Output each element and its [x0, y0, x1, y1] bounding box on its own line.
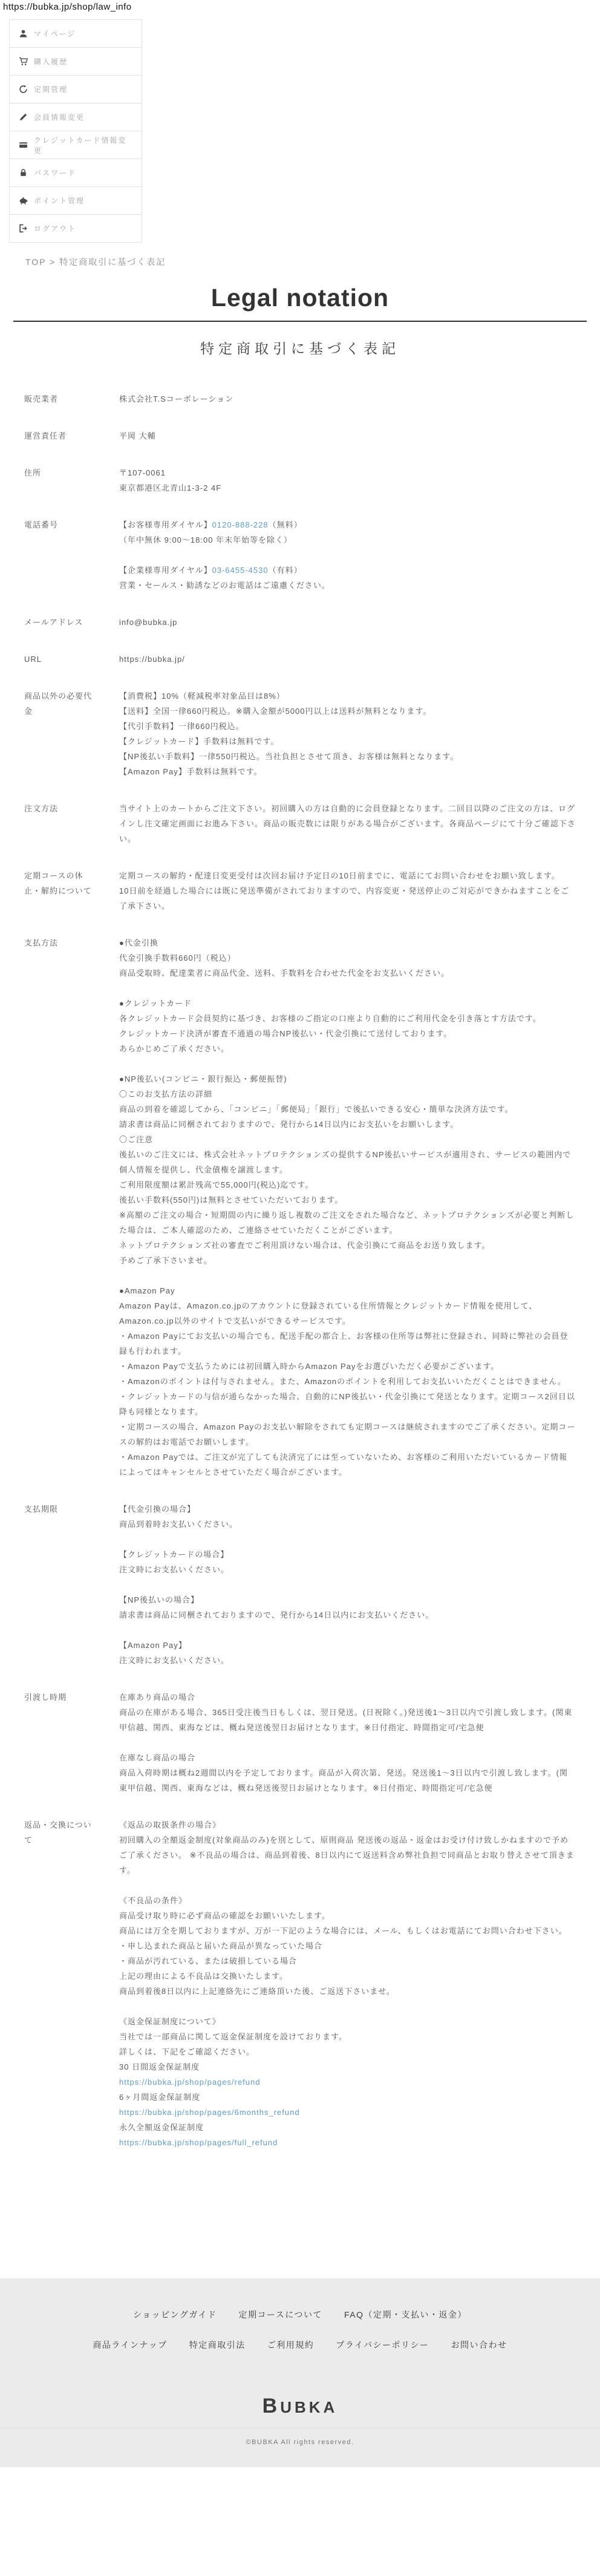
text-line: 商品には万全を期しておりますが、万が一下記のような場合には、メール、もしくはお電… [119, 1923, 576, 1938]
row-value: 【消費税】10%（軽減税率対象品目は8%）【送料】全国一律660円税込。※購入金… [119, 688, 576, 779]
value-block: 株式会社T.Sコーポレーション [119, 391, 576, 407]
sidebar-item-cart[interactable]: 購入履歴 [10, 48, 142, 76]
text-line: 【消費税】10%（軽減税率対象品目は8%） [119, 688, 576, 704]
row-label: 定期コースの休止・解約について [24, 868, 119, 914]
row-value: 〒107-0061東京都港区北青山1-3-2 4F [119, 465, 576, 495]
text-line: https://bubka.jp/ [119, 652, 576, 667]
text-line: 後払い手数料(550円)は無料とさせていただいております。 [119, 1192, 576, 1208]
lock-icon [18, 168, 28, 178]
value-block: 《返品の取扱条件の場合》初回購入の全額返金制度(対象商品のみ)を別として、原則商… [119, 1817, 576, 1878]
text-line: ●代金引換 [119, 935, 576, 950]
text-line: 【Amazon Pay】手数料は無料です。 [119, 764, 576, 779]
row-value: 【お客様専用ダイヤル】0120-888-228（無料）（年中無休 9:00～18… [119, 517, 576, 593]
text-line: （年中無休 9:00～18:00 年末年始等を除く） [119, 532, 576, 548]
value-block: 《不良品の条件》商品受け取り時に必ず商品の確認をお願いいたします。商品には万全を… [119, 1893, 576, 1999]
text-line: ご利用限度額は累計残高で55,000円(税込)迄です。 [119, 1177, 576, 1192]
text-line: ・Amazon Payでは、ご注文が完了しても決済完了には至っていないため、お客… [119, 1450, 576, 1480]
text-line: info@bubka.jp [119, 615, 576, 630]
row-value: 定期コースの解約・配達日変更受付は次回お届け予定日の10日前までに、電話にてお問… [119, 868, 576, 914]
text-line: 【企業様専用ダイヤル】03-6455-4530（有料） [119, 563, 576, 578]
text-line: ネットプロテクションズ社の審査でご利用頂けない場合は、代金引換にて商品をお送り致… [119, 1238, 576, 1253]
row-label: 電話番号 [24, 517, 119, 593]
footer-link[interactable]: 商品ラインナップ [93, 2339, 167, 2351]
text-line: 【送料】全国一律660円税込。※購入金額が5000円以上は送料が無料となります。 [119, 704, 576, 719]
sidebar-item-credit-card[interactable]: クレジットカード情報変更 [10, 131, 142, 159]
text-line: ・Amazon Payにてお支払いの場合でも、配送手配の都合上、お客様の住所等は… [119, 1329, 576, 1359]
text-line: 上記の理由による不良品は交換いたします。 [119, 1969, 576, 1984]
account-side-menu: マイページ購入履歴定期管理会員情報変更クレジットカード情報変更パスワードポイント… [9, 19, 142, 243]
text-line: 《返品の取扱条件の場合》 [119, 1817, 576, 1832]
inline-link[interactable]: 0120-888-228 [212, 520, 269, 529]
footer-link[interactable]: 特定商取引法 [189, 2339, 246, 2351]
value-block: 在庫なし商品の場合商品入荷時期は概ね2週間以内を予定しております。商品が入荷次第… [119, 1750, 576, 1796]
sidebar-item-label: ポイント管理 [34, 195, 85, 206]
inline-text: （有料） [269, 566, 302, 575]
info-row: 電話番号【お客様専用ダイヤル】0120-888-228（無料）（年中無休 9:0… [24, 509, 576, 606]
text-line: ●NP後払い(コンビニ・銀行振込・郵便振替) [119, 1071, 576, 1087]
refresh-icon [18, 85, 28, 94]
text-line: 【Amazon Pay】 [119, 1638, 576, 1653]
text-line: 【クレジットカード】手数料は無料です。 [119, 734, 576, 749]
row-label: 支払方法 [24, 935, 119, 1480]
sidebar-item-refresh[interactable]: 定期管理 [10, 76, 142, 103]
inline-text: 【お客様専用ダイヤル】 [119, 520, 212, 529]
sidebar-item-logout[interactable]: ログアウト [10, 215, 142, 243]
text-line: 初回購入の全額返金制度(対象商品のみ)を別として、原則商品 発送後の返品・返金は… [119, 1832, 576, 1878]
breadcrumb-current: 特定商取引に基づく表記 [59, 257, 166, 267]
text-line: 【NP後払い手数料】一律550円税込。当社負担とさせて頂き、お客様は無料となりま… [119, 749, 576, 764]
text-line: ※高額のご注文の場合・短期間の内に繰り返し複数のご注文をされた場合など、ネットプ… [119, 1208, 576, 1238]
info-row: 支払方法●代金引換代金引換手数料660円（税込）商品受取時、配達業者に商品代金、… [24, 927, 576, 1493]
footer-links-row1: ショッピングガイド定期コースについてFAQ（定期・支払い・返金） [0, 2278, 600, 2321]
value-block: 【代金引換の場合】商品到着時お支払いください。 [119, 1502, 576, 1532]
text-line: 請求書は商品に同梱されておりますので、発行から14日以内にお支払いをお願いします… [119, 1117, 576, 1132]
info-row: 運営責任者平岡 大輔 [24, 420, 576, 457]
text-line: 詳しくは、下記をご確認ください。 [119, 2044, 576, 2059]
value-block: 在庫あり商品の場合商品の在庫がある場合、365日受注後当日もしくは、翌日発送。(… [119, 1690, 576, 1735]
row-value: ●代金引換代金引換手数料660円（税込）商品受取時、配達業者に商品代金、送料、手… [119, 935, 576, 1480]
text-line: https://bubka.jp/shop/pages/6months_refu… [119, 2105, 576, 2120]
inline-text: （無料） [269, 520, 302, 529]
value-block: ●Amazon PayAmazon Payは、Amazon.co.jpのアカウン… [119, 1283, 576, 1480]
row-label: 返品・交換について [24, 1817, 119, 2150]
value-block: 【お客様専用ダイヤル】0120-888-228（無料）（年中無休 9:00～18… [119, 517, 576, 548]
page-subtitle: 特定商取引に基づく表記 [0, 338, 600, 358]
text-line: 代金引換手数料660円（税込） [119, 950, 576, 966]
value-block: 平岡 大輔 [119, 428, 576, 443]
text-line: 株式会社T.Sコーポレーション [119, 391, 576, 407]
value-block: 〒107-0061東京都港区北青山1-3-2 4F [119, 465, 576, 495]
value-block: 【Amazon Pay】注文時にお支払いください。 [119, 1638, 576, 1668]
text-line: ●Amazon Pay [119, 1283, 576, 1298]
text-line: 商品到着後8日以内に上記連絡先にご連絡頂いた後、ご返送下さいませ。 [119, 1984, 576, 1999]
text-line: 注文時にお支払いください。 [119, 1562, 576, 1577]
info-row: 商品以外の必要代金【消費税】10%（軽減税率対象品目は8%）【送料】全国一律66… [24, 680, 576, 793]
text-line: 〇このお支払方法の詳細 [119, 1087, 576, 1102]
sidebar-item-lock[interactable]: パスワード [10, 159, 142, 187]
breadcrumb: TOP > 特定商取引に基づく表記 [25, 256, 600, 268]
inline-link[interactable]: https://bubka.jp/shop/pages/full_refund [119, 2138, 278, 2147]
text-line: 《返金保証制度について》 [119, 2014, 576, 2029]
page-url-caption: https://bubka.jp/shop/law_info [0, 0, 600, 12]
value-block: 《返金保証制度について》当社では一部商品に関して返金保証制度を設けております。詳… [119, 2014, 576, 2150]
text-line: 予めご了承下さいませ。 [119, 1253, 576, 1268]
text-line: 6ヶ月間返金保証制度 [119, 2090, 576, 2105]
info-row: 販売業者株式会社T.Sコーポレーション [24, 383, 576, 420]
row-label: 販売業者 [24, 391, 119, 407]
row-value: info@bubka.jp [119, 615, 576, 630]
pencil-icon [18, 113, 28, 122]
text-line: クレジットカード決済が審査不通過の場合NP後払い・代金引換にて送付しております。 [119, 1026, 576, 1041]
row-label: 住所 [24, 465, 119, 495]
text-line: 商品受取時、配達業者に商品代金、送料、手数料を合わせた代金をお支払いください。 [119, 966, 576, 981]
row-value: 株式会社T.Sコーポレーション [119, 391, 576, 407]
sidebar-item-piggy-bank[interactable]: ポイント管理 [10, 187, 142, 215]
info-row: 注文方法当サイト上のカートからご注文下さい。初回購入の方は自動的に会員登録となり… [24, 793, 576, 860]
inline-link[interactable]: https://bubka.jp/shop/pages/refund [119, 2077, 260, 2087]
value-block: ●クレジットカード各クレジットカード会員契約に基づき、お客様のご指定の口座より自… [119, 996, 576, 1056]
value-block: info@bubka.jp [119, 615, 576, 630]
breadcrumb-top-link[interactable]: TOP [25, 257, 46, 267]
text-line: 【NP後払いの場合】 [119, 1592, 576, 1607]
credit-card-icon [18, 140, 28, 150]
text-line: 定期コースの解約・配達日変更受付は次回お届け予定日の10日前までに、電話にてお問… [119, 868, 576, 883]
sidebar-item-label: 定期管理 [34, 84, 68, 94]
text-line: 永久全額返金保証制度 [119, 2120, 576, 2135]
value-block: https://bubka.jp/ [119, 652, 576, 667]
copyright-text: ©BUBKA All rights reserved. [0, 2428, 600, 2467]
value-block: 【クレジットカードの場合】注文時にお支払いください。 [119, 1547, 576, 1577]
text-line: 各クレジットカード会員契約に基づき、お客様のご指定の口座より自動的にご利用代金を… [119, 1011, 576, 1026]
logout-icon [18, 224, 28, 234]
value-block: ●代金引換代金引換手数料660円（税込）商品受取時、配達業者に商品代金、送料、手… [119, 935, 576, 981]
sidebar-item-label: 購入履歴 [34, 56, 68, 67]
value-block: 定期コースの解約・配達日変更受付は次回お届け予定日の10日前までに、電話にてお問… [119, 868, 576, 914]
row-value: 平岡 大輔 [119, 428, 576, 443]
footer-link[interactable]: FAQ（定期・支払い・返金） [344, 2309, 467, 2321]
row-label: 商品以外の必要代金 [24, 688, 119, 779]
text-line: ・Amazon Payで支払うためには初回購入時からAmazon Payをお選び… [119, 1359, 576, 1374]
row-value: 当サイト上のカートからご注文下さい。初回購入の方は自動的に会員登録となります。二… [119, 801, 576, 846]
text-line: 商品の在庫がある場合、365日受注後当日もしくは、翌日発送。(日祝除く。)発送後… [119, 1705, 576, 1735]
footer-links-row2: 商品ラインナップ特定商取引法ご利用規約プライバシーポリシーお問い合わせ [0, 2321, 600, 2351]
value-block: 当サイト上のカートからご注文下さい。初回購入の方は自動的に会員登録となります。二… [119, 801, 576, 846]
footer-link[interactable]: 定期コースについて [238, 2309, 322, 2321]
text-line: 商品受け取り時に必ず商品の確認をお願いいたします。 [119, 1908, 576, 1923]
text-line: 【クレジットカードの場合】 [119, 1547, 576, 1562]
text-line: 商品の到着を確認してから、「コンビニ」「郵便局」「銀行」で後払いできる安心・簡単… [119, 1102, 576, 1117]
text-line: 〒107-0061 [119, 465, 576, 480]
info-row: URLhttps://bubka.jp/ [24, 643, 576, 680]
text-line: 後払いのご注文には、株式会社ネットプロテクションズの提供するNP後払いサービスが… [119, 1147, 576, 1177]
row-value: 在庫あり商品の場合商品の在庫がある場合、365日受注後当日もしくは、翌日発送。(… [119, 1690, 576, 1796]
text-line: ・クレジットカードの与信が通らなかった場合、自動的にNP後払い・代金引換にて発送… [119, 1389, 576, 1419]
text-line: 【代引手数料】一律660円税込。 [119, 719, 576, 734]
sidebar-item-label: パスワード [34, 168, 76, 178]
inline-link[interactable]: https://bubka.jp/shop/pages/6months_refu… [119, 2108, 300, 2117]
text-line: 在庫あり商品の場合 [119, 1690, 576, 1705]
text-line: ・Amazonのポイントは付与されません。また、Amazonのポイントを利用して… [119, 1374, 576, 1389]
cart-icon [18, 57, 28, 67]
user-icon [18, 29, 28, 39]
text-line: Amazon Payは、Amazon.co.jpのアカウントに登録されている住所… [119, 1298, 576, 1329]
text-line: 注文時にお支払いください。 [119, 1653, 576, 1668]
text-line: ・定期コースの場合、Amazon Payのお支払い解除をされても定期コースは継続… [119, 1419, 576, 1450]
footer-link[interactable]: ご利用規約 [267, 2339, 315, 2351]
text-line: あらかじめご了承ください。 [119, 1041, 576, 1056]
sidebar-item-user[interactable]: マイページ [10, 20, 142, 48]
page-title: Legal notation [0, 284, 600, 312]
text-line: 当社では一部商品に関して返金保証制度を設けております。 [119, 2029, 576, 2044]
text-line: 【代金引換の場合】 [119, 1502, 576, 1517]
inline-link[interactable]: 03-6455-4530 [212, 566, 269, 575]
text-line: 《不良品の条件》 [119, 1893, 576, 1908]
value-block: 【NP後払いの場合】請求書は商品に同梱されておりますので、発行から14日以内にお… [119, 1592, 576, 1623]
text-line: 商品到着時お支払いください。 [119, 1517, 576, 1532]
info-row: 返品・交換について《返品の取扱条件の場合》初回購入の全額返金制度(対象商品のみ)… [24, 1809, 576, 2163]
row-label: 引渡し時期 [24, 1690, 119, 1796]
info-row: 引渡し時期在庫あり商品の場合商品の在庫がある場合、365日受注後当日もしくは、翌… [24, 1681, 576, 1809]
sidebar-item-label: マイページ [34, 28, 76, 39]
footer-link[interactable]: お問い合わせ [451, 2339, 507, 2351]
sidebar-item-label: ログアウト [34, 223, 76, 234]
text-line: 当サイト上のカートからご注文下さい。初回購入の方は自動的に会員登録となります。二… [119, 801, 576, 846]
piggy-bank-icon [18, 196, 28, 206]
row-label: 支払期限 [24, 1502, 119, 1668]
text-line: 平岡 大輔 [119, 428, 576, 443]
info-row: 支払期限【代金引換の場合】商品到着時お支払いください。【クレジットカードの場合】… [24, 1493, 576, 1681]
text-line: 10日前を経過した場合には既に発送準備がされておりますので、内容変更・発送停止の… [119, 883, 576, 914]
text-line: https://bubka.jp/shop/pages/refund [119, 2074, 576, 2090]
info-row: 住所〒107-0061東京都港区北青山1-3-2 4F [24, 457, 576, 509]
text-line: ・申し込まれた商品と届いた商品が異なっていた場合 [119, 1938, 576, 1953]
logo-first-letter: B [262, 2395, 281, 2417]
text-line: 〇ご注意 [119, 1132, 576, 1147]
text-line: ●クレジットカード [119, 996, 576, 1011]
footer-link[interactable]: ショッピングガイド [133, 2309, 217, 2321]
text-line: 商品入荷時期は概ね2週間以内を予定しております。商品が入荷次第、発送。発送後1～… [119, 1765, 576, 1796]
value-block: ●NP後払い(コンビニ・銀行振込・郵便振替)〇このお支払方法の詳細商品の到着を確… [119, 1071, 576, 1268]
sidebar-item-label: クレジットカード情報変更 [34, 135, 133, 155]
row-value: 【代金引換の場合】商品到着時お支払いください。【クレジットカードの場合】注文時に… [119, 1502, 576, 1668]
sidebar-item-pencil[interactable]: 会員情報変更 [10, 103, 142, 131]
row-value: https://bubka.jp/ [119, 652, 576, 667]
sidebar-item-label: 会員情報変更 [34, 112, 85, 122]
text-line: ・商品が汚れている、または破損している場合 [119, 1953, 576, 1969]
site-footer: ショッピングガイド定期コースについてFAQ（定期・支払い・返金） 商品ラインナッ… [0, 2278, 600, 2467]
legal-info-table: 販売業者株式会社T.Sコーポレーション運営責任者平岡 大輔住所〒107-0061… [24, 383, 576, 2163]
row-label: URL [24, 652, 119, 667]
text-line: 営業・セールス・勧誘などのお電話はご遠慮ください。 [119, 578, 576, 593]
text-line: https://bubka.jp/shop/pages/full_refund [119, 2135, 576, 2150]
value-block: 【企業様専用ダイヤル】03-6455-4530（有料）営業・セールス・勧誘などの… [119, 563, 576, 593]
breadcrumb-separator: > [50, 257, 56, 267]
row-label: 運営責任者 [24, 428, 119, 443]
inline-text: 【企業様専用ダイヤル】 [119, 566, 212, 575]
info-row: メールアドレスinfo@bubka.jp [24, 606, 576, 643]
value-block: 【消費税】10%（軽減税率対象品目は8%）【送料】全国一律660円税込。※購入金… [119, 688, 576, 779]
text-line: 【お客様専用ダイヤル】0120-888-228（無料） [119, 517, 576, 532]
text-line: 請求書は商品に同梱されておりますので、発行から14日以内にお支払いください。 [119, 1607, 576, 1623]
text-line: 30 日間返金保証制度 [119, 2059, 576, 2074]
row-label: メールアドレス [24, 615, 119, 630]
text-line: 在庫なし商品の場合 [119, 1750, 576, 1765]
info-row: 定期コースの休止・解約について定期コースの解約・配達日変更受付は次回お届け予定日… [24, 860, 576, 927]
text-line: 東京都港区北青山1-3-2 4F [119, 480, 576, 495]
footer-link[interactable]: プライバシーポリシー [336, 2339, 429, 2351]
row-label: 注文方法 [24, 801, 119, 846]
bubka-logo: BUBKA [0, 2395, 600, 2418]
row-value: 《返品の取扱条件の場合》初回購入の全額返金制度(対象商品のみ)を別として、原則商… [119, 1817, 576, 2150]
logo-rest: UBKA [280, 2398, 337, 2416]
title-divider [13, 321, 587, 322]
